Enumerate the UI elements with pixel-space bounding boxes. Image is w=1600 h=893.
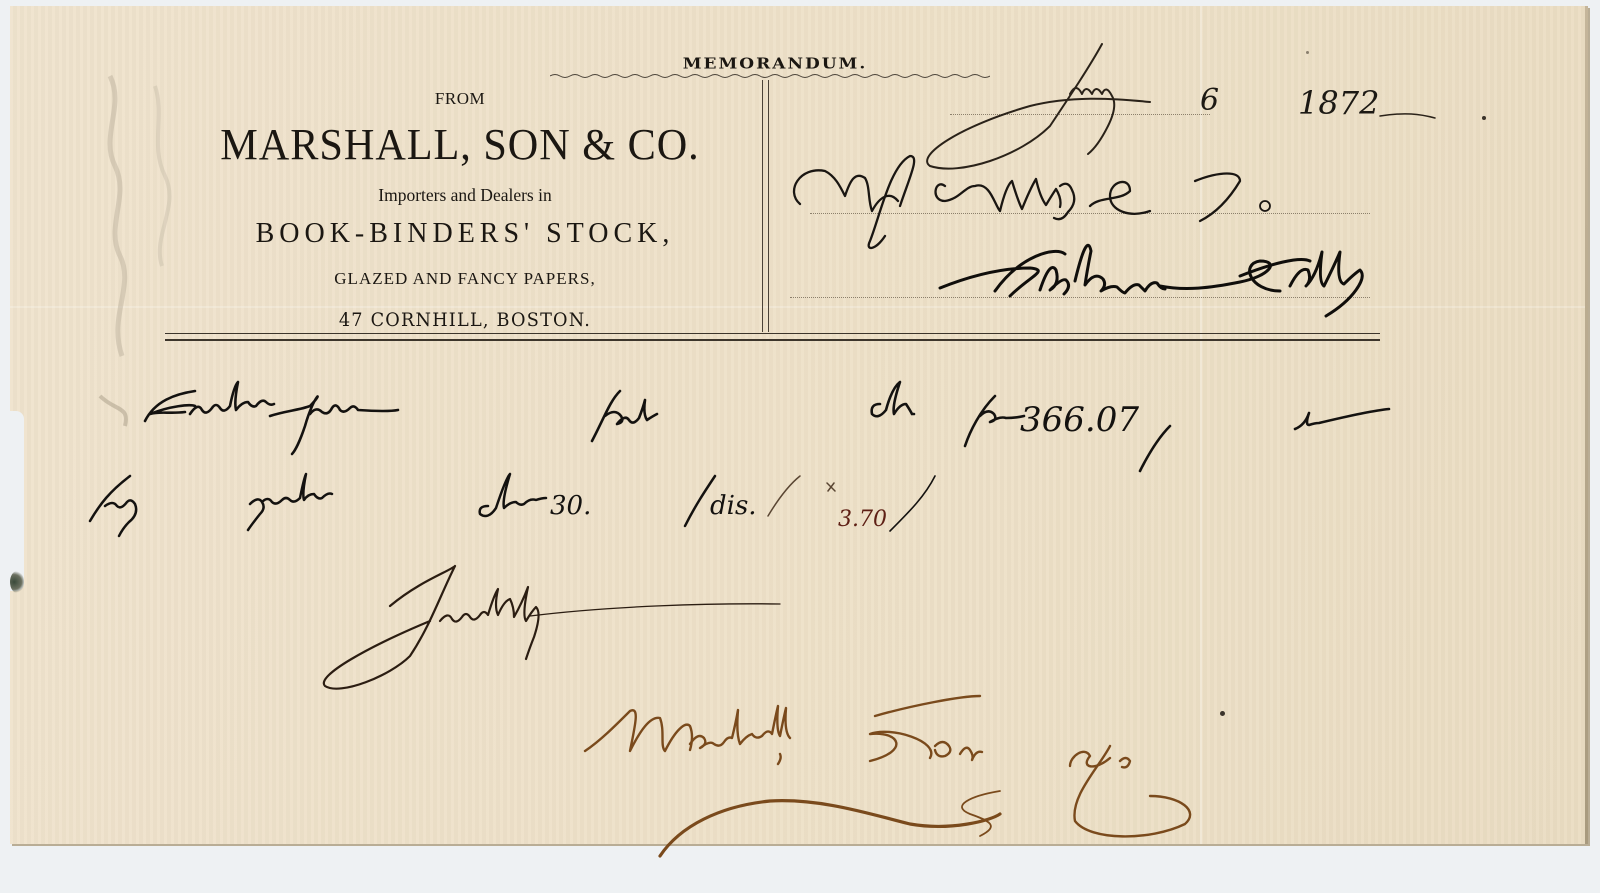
- svg-text:3.70: 3.70: [838, 507, 887, 532]
- svg-text:dis.: dis.: [710, 491, 757, 521]
- paper-speck: [1306, 51, 1309, 54]
- signature: Marshall, Son & Co.: [585, 716, 995, 762]
- paper-speck: [1220, 711, 1225, 716]
- recipient-name: Mess. E. Wells & Co.: [800, 171, 1179, 212]
- date-day: 6: [1200, 81, 1218, 114]
- date-year: 1872: [1298, 81, 1374, 116]
- body-line-2: pay your bill Dec 30. (dis. 3.70): [90, 476, 664, 517]
- date-month: Jany: [1050, 76, 1125, 116]
- svg-text:366.07: 366.07: [1020, 400, 1139, 440]
- body-line-1: Enclosed please find ck. for 366.07 to: [145, 391, 873, 435]
- memorandum-paper: MEMORANDUM. FROM MARSHALL, SON & CO. Imp…: [10, 6, 1588, 844]
- recipient-place: Shelburne Falls: [945, 251, 1246, 295]
- closing: Yours truly: [330, 596, 551, 642]
- paper-speck: [1482, 116, 1486, 120]
